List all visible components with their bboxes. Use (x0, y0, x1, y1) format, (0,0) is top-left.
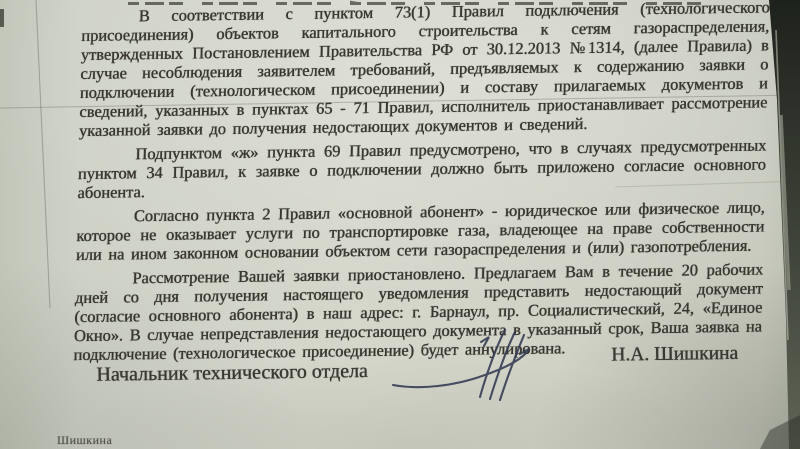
paragraph-3: Согласно пункта 2 Правил «основной абоне… (76, 197, 765, 264)
paragraph-1: В соответствии с пунктом 73(1) Правил по… (79, 0, 770, 140)
paragraph-2: Подпунктом «ж» пункта 69 Правил предусмо… (77, 135, 766, 202)
footer-name: Шишкина (57, 433, 112, 448)
document-photo: В соответствии с пунктом 73(1) Правил по… (0, 0, 800, 449)
signatory-position: Начальник технического отдела (82, 348, 368, 387)
signatory-name: Н.А. Шишкина (611, 342, 770, 366)
document-body: В соответствии с пунктом 73(1) Правил по… (73, 0, 770, 369)
